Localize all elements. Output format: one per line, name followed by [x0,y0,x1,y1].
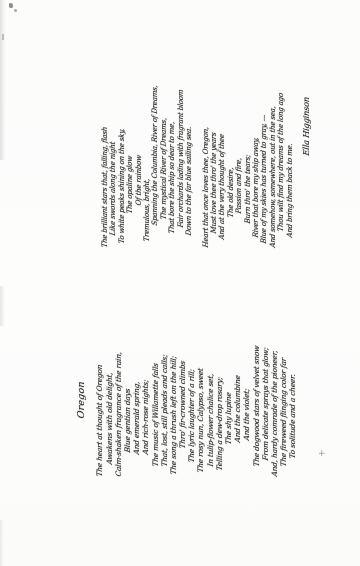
poem-line: And somehow, somewhere, out in the sea, [269,41,277,248]
registration-plus-mark: + [318,449,326,459]
poem-line: And rich-rose nights; [141,286,150,455]
poem-line: The shy lupine [224,286,233,445]
poem-line: The old desire, [227,41,235,218]
poem-line: Thro' fir-crowned climbs [178,286,187,449]
poem-line: That bore the ship so dear to me, [168,41,176,234]
poem-line: And emerald spring, [132,286,141,455]
poem-line: To white peaks shining on the sky, [118,41,126,244]
poem-line: The fireweed flinging color far [279,286,288,467]
poem-line: And, hardy comrade of the pioneer, [270,286,279,477]
blank-line [86,286,95,479]
poem-line: Fair orchards lading with fragrant bloom [177,41,185,228]
poem-line: Blue of my skies has turned to gray, — [260,41,268,244]
poem-line: The song a thrush left on the hill; [169,286,178,475]
author-signature: Ella Higginson [302,41,310,156]
poem-line: From delicate sprays that glow; [261,286,270,461]
poem-line: To solitude and a cheer. [288,286,297,459]
poem-line: And bring them back to me. [286,41,294,238]
poem-line: Blue gentian days [123,286,132,453]
poem-line: In tulip-flower chalice set, [206,286,215,467]
poem-line: Spanning the Columbia, River of Dreams, [151,41,159,226]
poem-line: Passion and fire, [235,41,243,214]
poem-line: Calm-shaken fragrance of the rain, [114,286,123,477]
poem-line: The rosy nun, Calypso, sweet [196,286,205,473]
poem-line: Telling a dew-drop rosary; [215,286,224,471]
poem-line: Thou wilt find my dreams of the long ago [277,41,285,232]
poem-line: And the columbine [233,286,242,443]
poem-line: The heart at thought of Oregon [95,286,104,477]
manuscript-page-left: Oregon The heart at thought of OregonAwa… [77,287,298,479]
poem-line: That, lost, still pleads and calls; [160,286,169,467]
poem-line: Of the rainbow [135,41,143,206]
poem-line: And the violet; [242,286,251,441]
scan-edge-shadow-middle [0,286,5,326]
poem-line: Like swords along the night [109,41,117,236]
poem-line: Awakens with old delight, [105,286,114,465]
scanned-page-background: + The brilliant stars that, falling, fla… [0,0,360,566]
blank-line [193,41,201,248]
poem-line: The mystical River of Dreams, [160,41,168,220]
poem-line: The dogwood stars of velvet snow [252,286,261,467]
poem-line: The music of Willamette falls [151,286,160,467]
poem-line: And at the very thought of thee [218,41,226,240]
poem-title: Oregon [77,286,86,419]
scan-edge-shadow-bottom [0,520,4,566]
scan-dust-speck [2,34,4,40]
poem-line: Burn thro' the tears; [244,41,252,224]
scan-dust-speck [14,9,17,12]
poem-line: The opaline glow [126,41,134,214]
scan-edge-shadow-top [0,0,6,160]
scan-dust-speck [9,3,13,8]
poem-line: Heart that once loves thee, Oregon, [202,41,210,248]
manuscript-page-right: The brilliant stars that, falling, flash… [101,42,311,248]
